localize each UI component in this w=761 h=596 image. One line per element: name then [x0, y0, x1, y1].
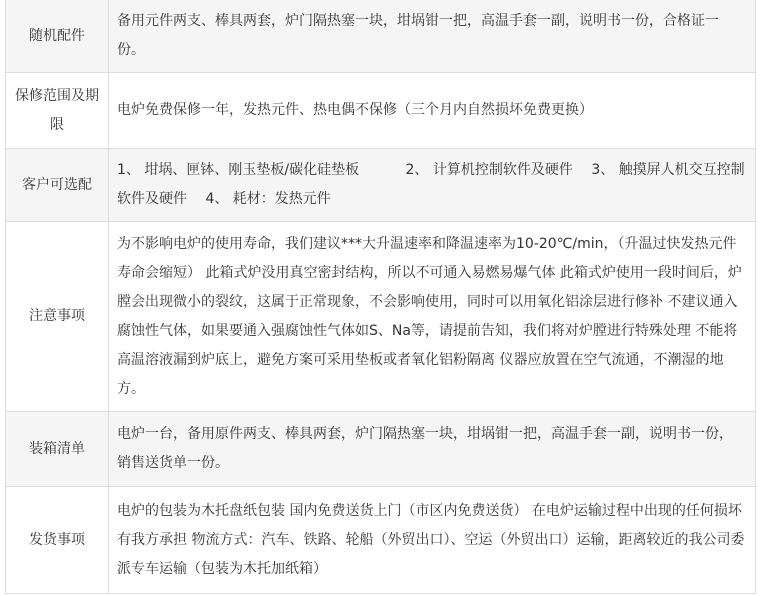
- row-value: 电炉的包装为木托盘纸包装 国内免费送货上门（市区内免费送货） 在电炉运输过程中出…: [109, 487, 756, 594]
- table-row-options: 客户可选配 1、 坩埚、匣钵、刚玉垫板/碳化硅垫板 2、 计算机控制软件及硬件 …: [6, 149, 756, 222]
- row-value: 1、 坩埚、匣钵、刚玉垫板/碳化硅垫板 2、 计算机控制软件及硬件 3、 触摸屏…: [109, 149, 756, 222]
- spec-table: 随机配件 备用元件两支、棒具两套，炉门隔热塞一块，坩埚钳一把，高温手套一副，说明…: [5, 0, 756, 594]
- row-label: 注意事项: [6, 222, 109, 412]
- table-row-packing-list: 装箱清单 电炉一台，备用原件两支、棒具两套，炉门隔热塞一块，坩埚钳一把，高温手套…: [6, 412, 756, 487]
- row-label: 发货事项: [6, 487, 109, 594]
- row-label: 保修范围及期限: [6, 73, 109, 149]
- row-value: 电炉一台，备用原件两支、棒具两套，炉门隔热塞一块，坩埚钳一把，高温手套一副，说明…: [109, 412, 756, 487]
- row-value: 为不影响电炉的使用寿命，我们建议***大升温速率和降温速率为10-20℃/min…: [109, 222, 756, 412]
- table-row-accessories: 随机配件 备用元件两支、棒具两套，炉门隔热塞一块，坩埚钳一把，高温手套一副，说明…: [6, 0, 756, 73]
- row-label: 装箱清单: [6, 412, 109, 487]
- row-label: 随机配件: [6, 0, 109, 73]
- row-value: 电炉免费保修一年，发热元件、热电偶不保修（三个月内自然损坏免费更换）: [109, 73, 756, 149]
- table-row-notes: 注意事项 为不影响电炉的使用寿命，我们建议***大升温速率和降温速率为10-20…: [6, 222, 756, 412]
- row-value: 备用元件两支、棒具两套，炉门隔热塞一块，坩埚钳一把，高温手套一副，说明书一份，合…: [109, 0, 756, 73]
- table-row-shipping: 发货事项 电炉的包装为木托盘纸包装 国内免费送货上门（市区内免费送货） 在电炉运…: [6, 487, 756, 594]
- row-label: 客户可选配: [6, 149, 109, 222]
- table-row-warranty: 保修范围及期限 电炉免费保修一年，发热元件、热电偶不保修（三个月内自然损坏免费更…: [6, 73, 756, 149]
